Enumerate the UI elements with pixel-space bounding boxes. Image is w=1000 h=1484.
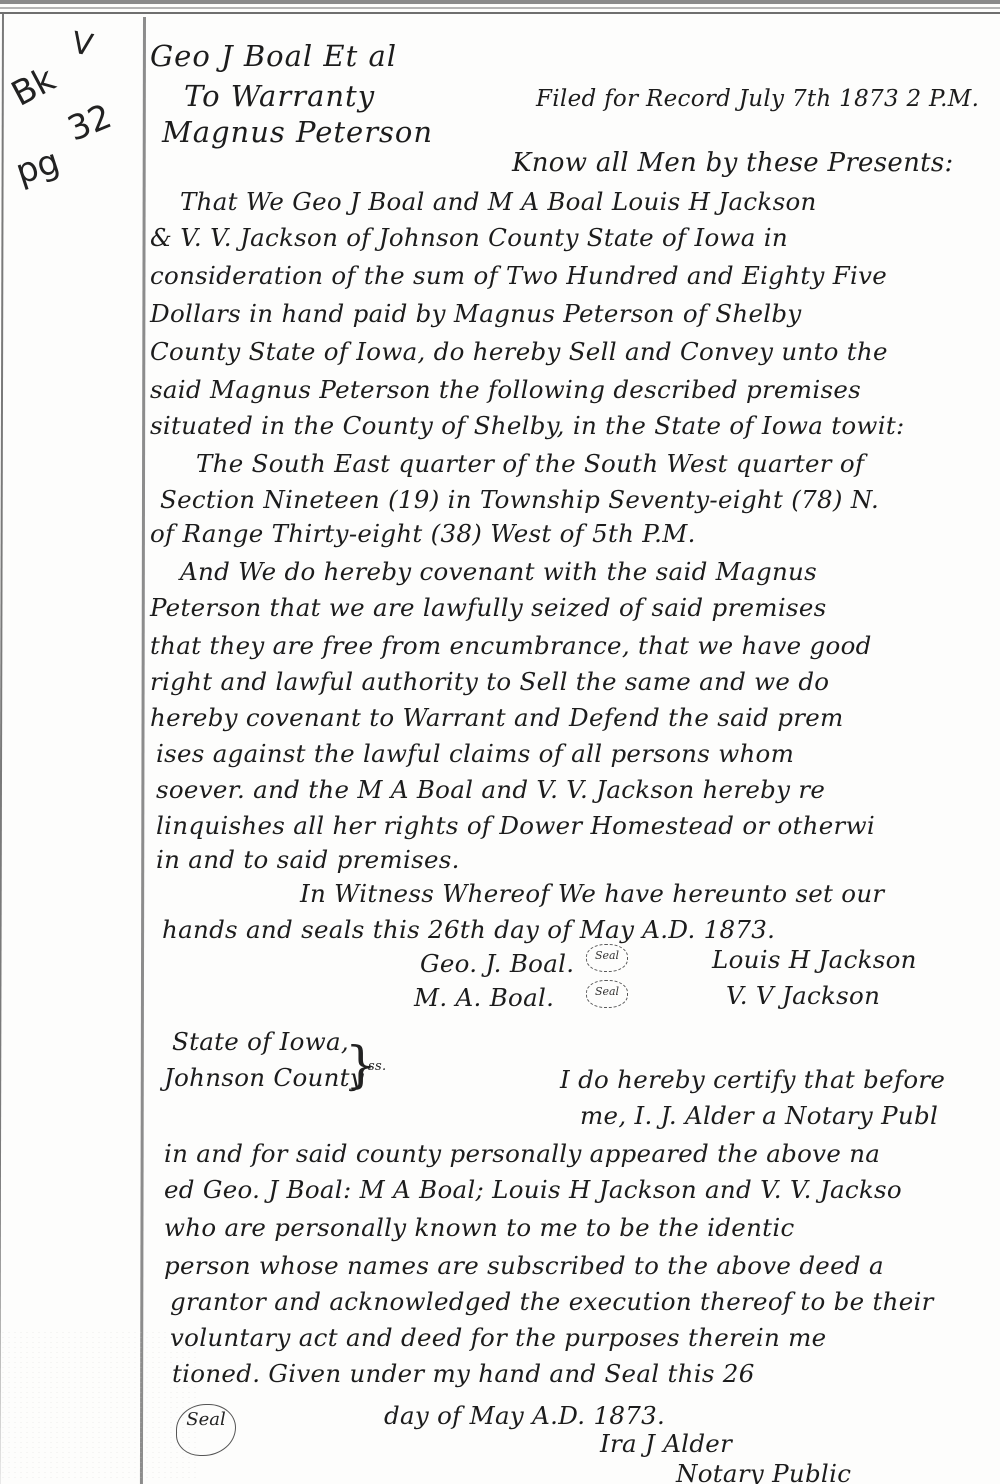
ack-line: me, I. J. Alder a Notary Publ [580,1104,938,1129]
filed-for-record: Filed for Record July 7th 1873 2 P.M. [536,88,979,111]
ack-line: in and for said county personally appear… [164,1142,880,1167]
ack-line: voluntary act and deed for the purposes … [170,1326,827,1351]
ack-line: person whose names are subscribed to the… [164,1254,884,1279]
covenant-line: hereby covenant to Warrant and Defend th… [150,706,844,731]
deed-line: consideration of the sum of Two Hundred … [150,264,887,289]
deed-line: Dollars in hand paid by Magnus Peterson … [150,302,802,327]
signature-vv-jackson: V. V Jackson [726,984,880,1009]
covenant-line: linquishes all her rights of Dower Homes… [156,814,875,839]
covenant-line: And We do hereby covenant with the said … [180,560,817,585]
deed-line: County State of Iowa, do hereby Sell and… [150,340,888,365]
covenant-line: in and to said premises. [156,848,460,873]
caption-instrument: To Warranty [184,82,375,111]
seal-mark: Seal [586,944,628,972]
ack-line: who are personally known to me to be the… [164,1216,794,1241]
scan-noise [0,1330,200,1480]
legal-description-line: The South East quarter of the South West… [196,452,864,477]
deed-line: said Magnus Peterson the following descr… [150,378,861,403]
legal-description-line: of Range Thirty-eight (38) West of 5th P… [150,522,696,547]
covenant-line: Peterson that we are lawfully seized of … [150,596,827,621]
notary-title: Notary Public [676,1462,851,1484]
margin-page-label: pg [12,144,64,190]
ack-line: grantor and acknowledged the execution t… [170,1290,934,1315]
deed-opening: Know all Men by these Presents: [512,150,954,176]
ack-line: I do hereby certify that before [560,1068,945,1093]
signature-louis-jackson: Louis H Jackson [712,948,917,973]
venue-county: Johnson County [164,1066,364,1091]
signature-ma-boal: M. A. Boal. [414,986,554,1011]
covenant-line: soever. and the M A Boal and V. V. Jacks… [156,778,825,803]
notary-seal: Seal [176,1404,236,1456]
venue-ss: ss. [368,1060,386,1073]
ack-line: tioned. Given under my hand and Seal thi… [172,1362,755,1387]
deed-line: That We Geo J Boal and M A Boal Louis H … [180,190,817,215]
covenant-line: ises against the lawful claims of all pe… [156,742,794,767]
caption-grantee: Magnus Peterson [162,118,433,147]
ack-line: ed Geo. J Boal: M A Boal; Louis H Jackso… [164,1178,902,1203]
testimonium-line: In Witness Whereof We have hereunto set … [300,882,884,907]
covenant-line: that they are free from encumbrance, tha… [150,634,872,659]
top-ruled-border [0,0,1000,16]
deed-line: situated in the County of Shelby, in the… [150,414,905,439]
deed-line: & V. V. Jackson of Johnson County State … [150,226,788,251]
legal-description-line: Section Nineteen (19) in Township Sevent… [160,488,879,513]
caption-grantor: Geo J Boal Et al [150,42,397,71]
page-left-edge [0,14,4,1484]
signature-geo-boal: Geo. J. Boal. [420,952,574,977]
ack-date-line: day of May A.D. 1873. [384,1404,665,1429]
venue-state: State of Iowa, [172,1030,349,1055]
covenant-line: right and lawful authority to Sell the s… [150,670,829,695]
testimonium-line: hands and seals this 26th day of May A.D… [162,918,775,943]
margin-checkmark: V [70,28,95,61]
seal-mark: Seal [586,980,628,1008]
margin-book-label: Bk [7,62,61,112]
deed-record-page: V Bk 32 pg Geo J Boal Et al To Warranty … [0,0,1000,1484]
margin-page-number: 32 [63,99,116,147]
notary-signature: Ira J Alder [600,1432,732,1457]
margin-rule [140,17,146,1484]
